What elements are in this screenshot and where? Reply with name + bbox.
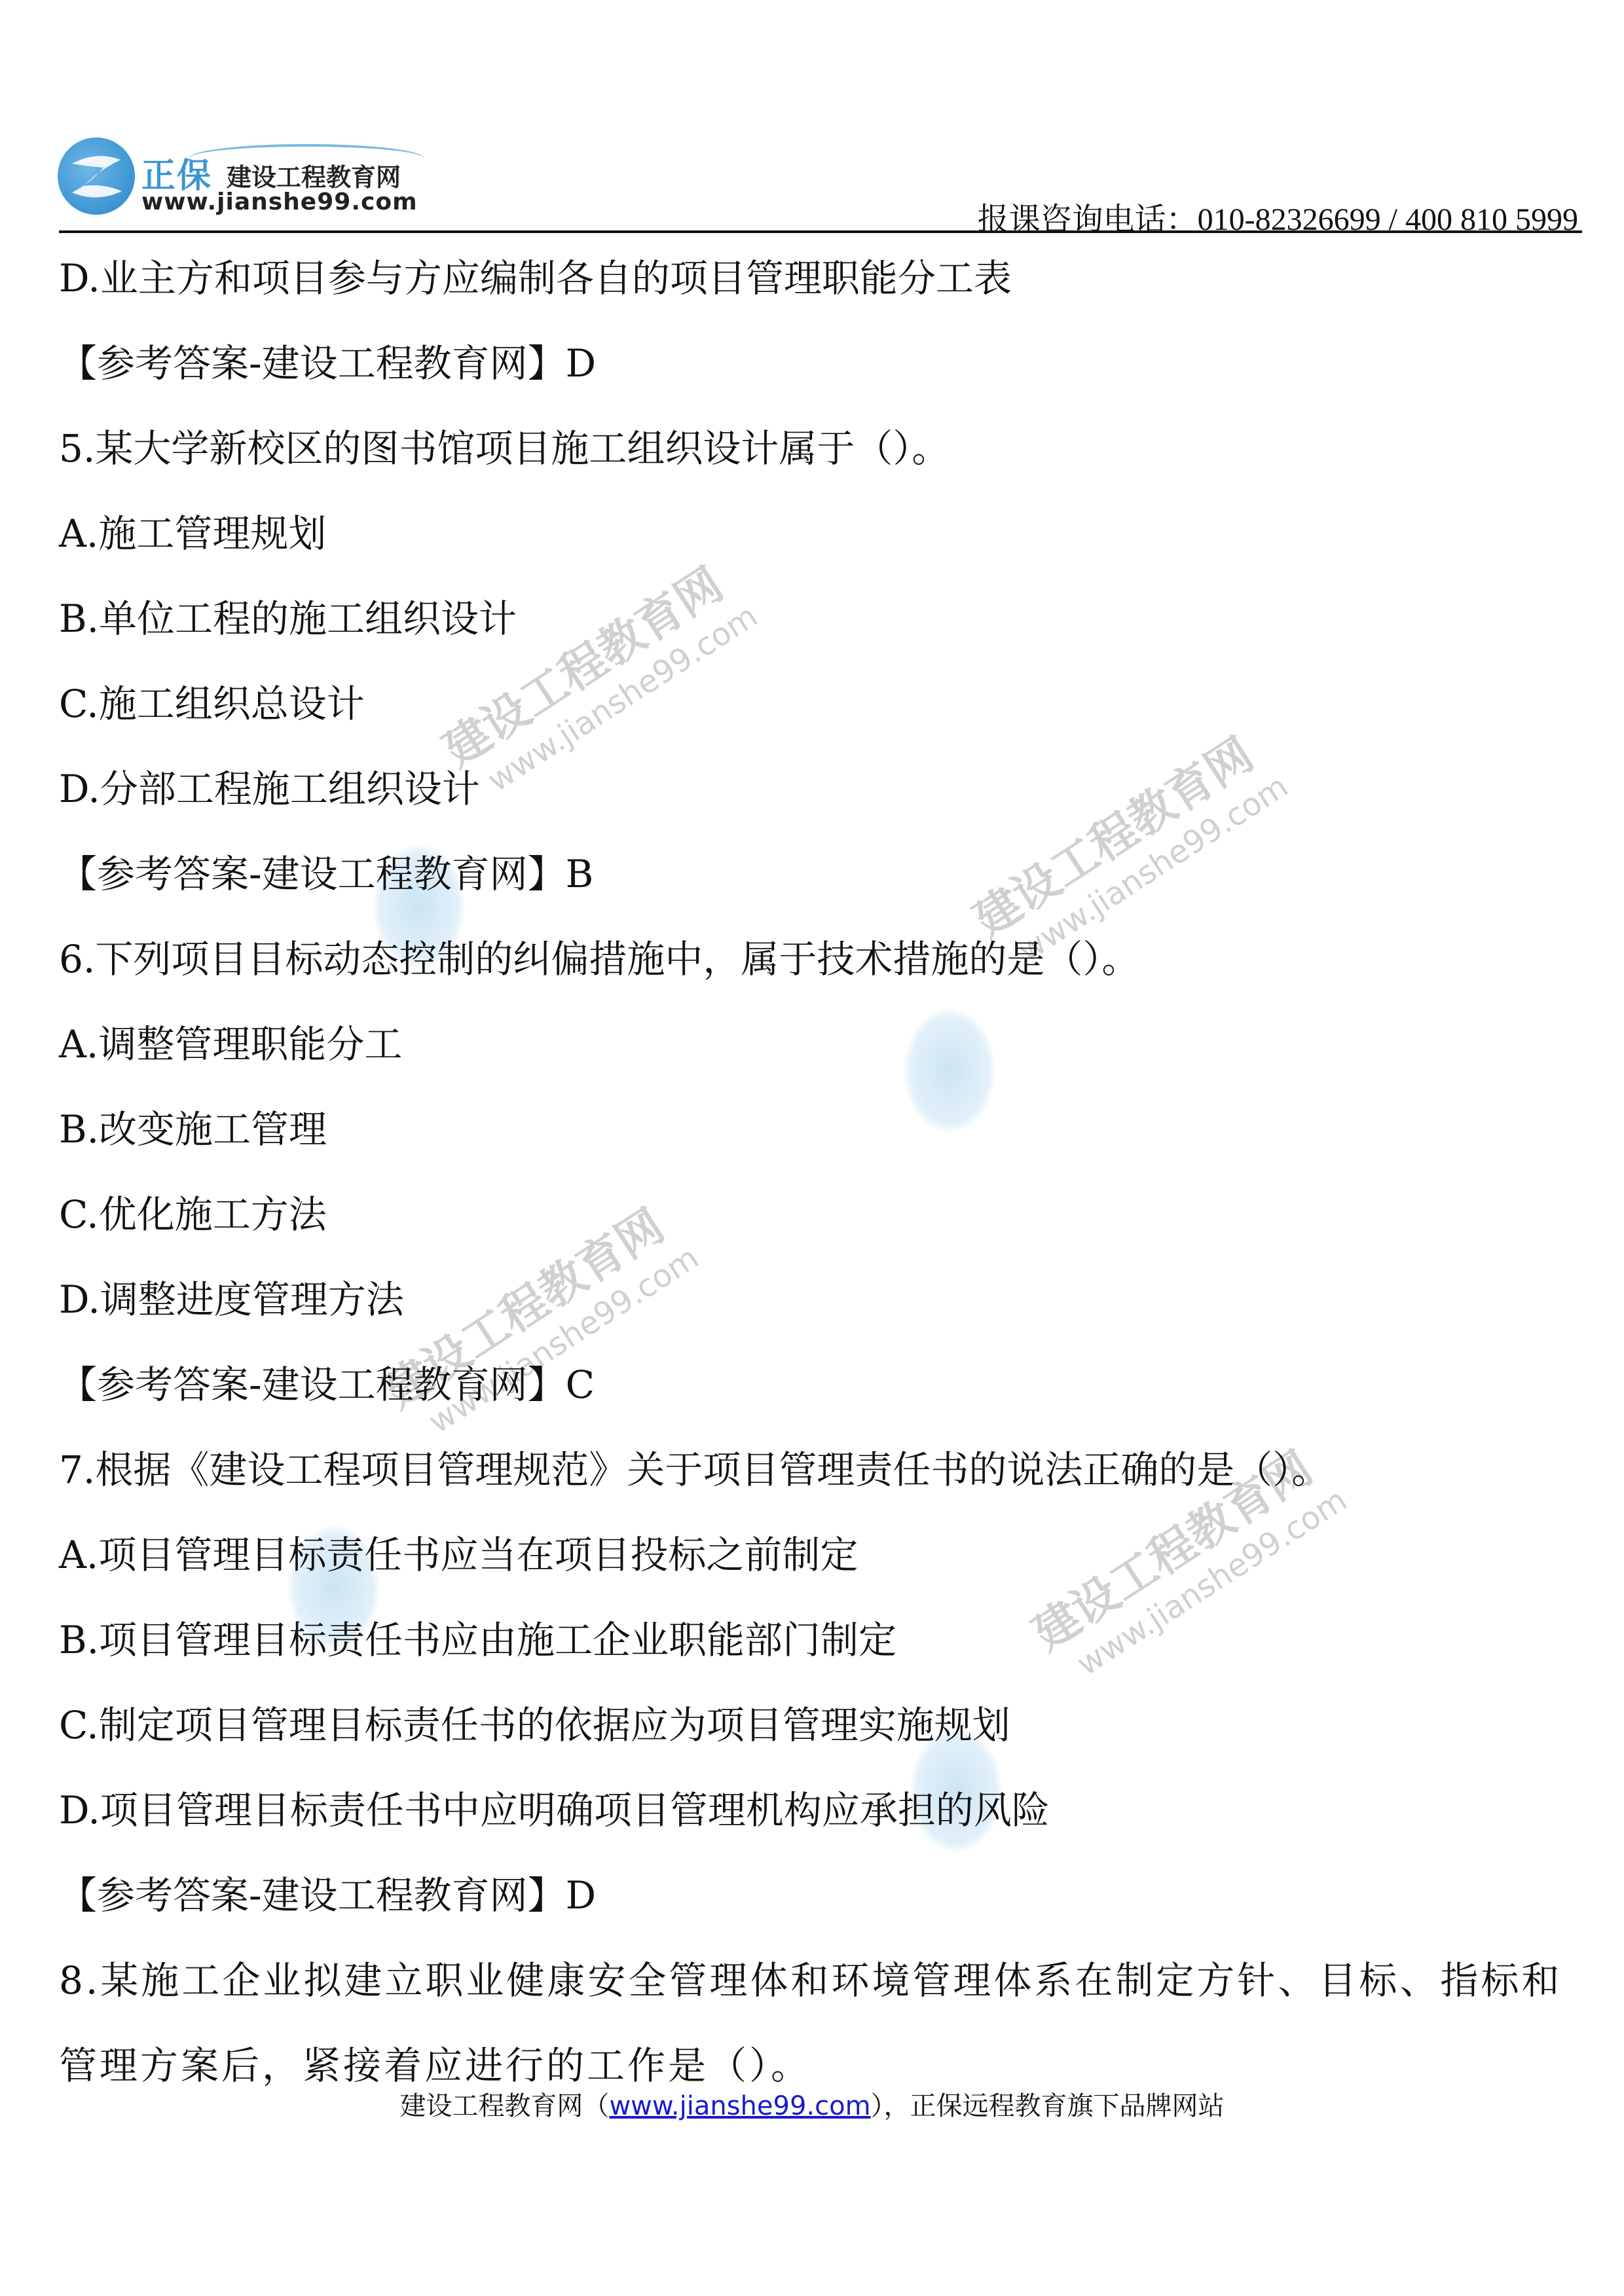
option-line: D.分部工程施工组织设计 (59, 766, 480, 812)
option-line: C.制定项目管理目标责任书的依据应为项目管理实施规划 (59, 1702, 1010, 1748)
question-line: 7.根据《建设工程项目管理规范》关于项目管理责任书的说法正确的是（）。 (59, 1447, 1329, 1493)
option-line: D.项目管理目标责任书中应明确项目管理机构应承担的风险 (59, 1787, 1050, 1833)
option-line: A.调整管理职能分工 (59, 1021, 402, 1067)
answer-line: 【参考答案-建设工程教育网】C (59, 1362, 595, 1408)
option-line: C.优化施工方法 (59, 1192, 327, 1237)
footer-suffix: ），正保远程教育旗下品牌网站 (871, 2091, 1225, 2121)
option-line: A.项目管理目标责任书应当在项目投标之前制定 (59, 1532, 858, 1578)
footer-site-link[interactable]: www.jianshe99.com (609, 2091, 870, 2121)
option-line: A.施工管理规划 (59, 511, 326, 556)
logo-subtitle: 建设工程教育网 (227, 157, 401, 193)
option-line: B.项目管理目标责任书应由施工企业职能部门制定 (59, 1617, 896, 1663)
question-line: 5.某大学新校区的图书馆项目施工组织设计属于（）。 (59, 426, 950, 471)
question-line: 8.某施工企业拟建立职业健康安全管理体和环境管理体系在制定方针、目标、指标和管理… (59, 1938, 1585, 2108)
question-line: 6.下列项目目标动态控制的纠偏措施中，属于技术措施的是（）。 (59, 936, 1139, 982)
site-logo: 正保 建设工程教育网 www.jianshe99.com (58, 131, 424, 223)
option-line: D.调整进度管理方法 (59, 1277, 404, 1322)
option-line: B.单位工程的施工组织设计 (59, 596, 517, 642)
watermark: 建设工程教育网www.jianshe99.com (369, 1184, 705, 1451)
option-line: B.改变施工管理 (59, 1106, 327, 1152)
footer-prefix: 建设工程教育网（ (399, 2091, 609, 2121)
watermark-logo-icon (904, 1008, 995, 1133)
logo-z-icon (58, 137, 135, 215)
answer-line: 【参考答案-建设工程教育网】D (59, 340, 596, 386)
page-footer: 建设工程教育网（www.jianshe99.com），正保远程教育旗下品牌网站 (0, 2085, 1624, 2123)
option-line: D.业主方和项目参与方应编制各自的项目管理职能分工表 (59, 255, 1012, 301)
header-rule (59, 230, 1582, 233)
document-page: 正保 建设工程教育网 www.jianshe99.com 报课咨询电话：010-… (0, 0, 1624, 2296)
answer-line: 【参考答案-建设工程教育网】D (59, 1872, 596, 1918)
answer-line: 【参考答案-建设工程教育网】B (59, 851, 593, 897)
logo-url: www.jianshe99.com (141, 189, 418, 215)
option-line: C.施工组织总设计 (59, 681, 365, 727)
